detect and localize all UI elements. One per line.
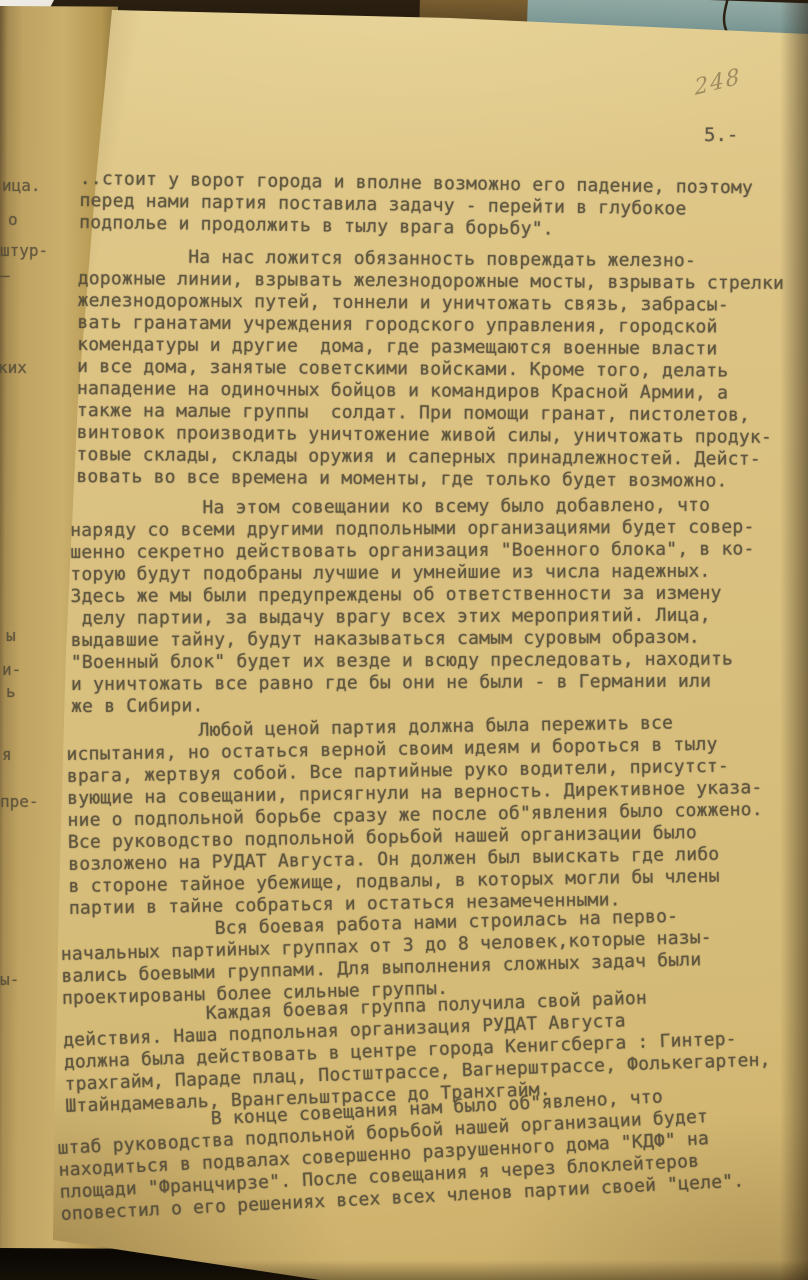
margin-fragment: ь — [6, 682, 16, 701]
margin-fragment: ких — [0, 358, 27, 377]
margin-fragment: и- — [2, 660, 21, 679]
paragraph-2: На нас ложится обязанность повреждать же… — [76, 246, 784, 493]
margin-fragment: пре- — [0, 792, 39, 811]
paragraph-3: На этом совещании ко всему было добавлен… — [70, 494, 755, 718]
margin-fragment: ица. — [2, 176, 41, 195]
margin-fragment: о — [8, 210, 18, 229]
archival-photo: ица. о штур- — ких ы и- ь я пре- ы- 248 … — [0, 0, 808, 1280]
margin-fragment: — — [0, 266, 10, 285]
margin-fragment: ы- — [0, 970, 19, 989]
margin-fragment: ы — [6, 626, 16, 645]
paragraph-4: Любой ценой партия должна была пережить … — [66, 711, 764, 920]
margin-fragment: я — [2, 745, 12, 764]
page-number: 5.- — [704, 124, 738, 146]
paragraph-1: ..стоит у ворот города и вполне возможно… — [79, 168, 753, 243]
margin-fragment: штур- — [0, 241, 48, 260]
